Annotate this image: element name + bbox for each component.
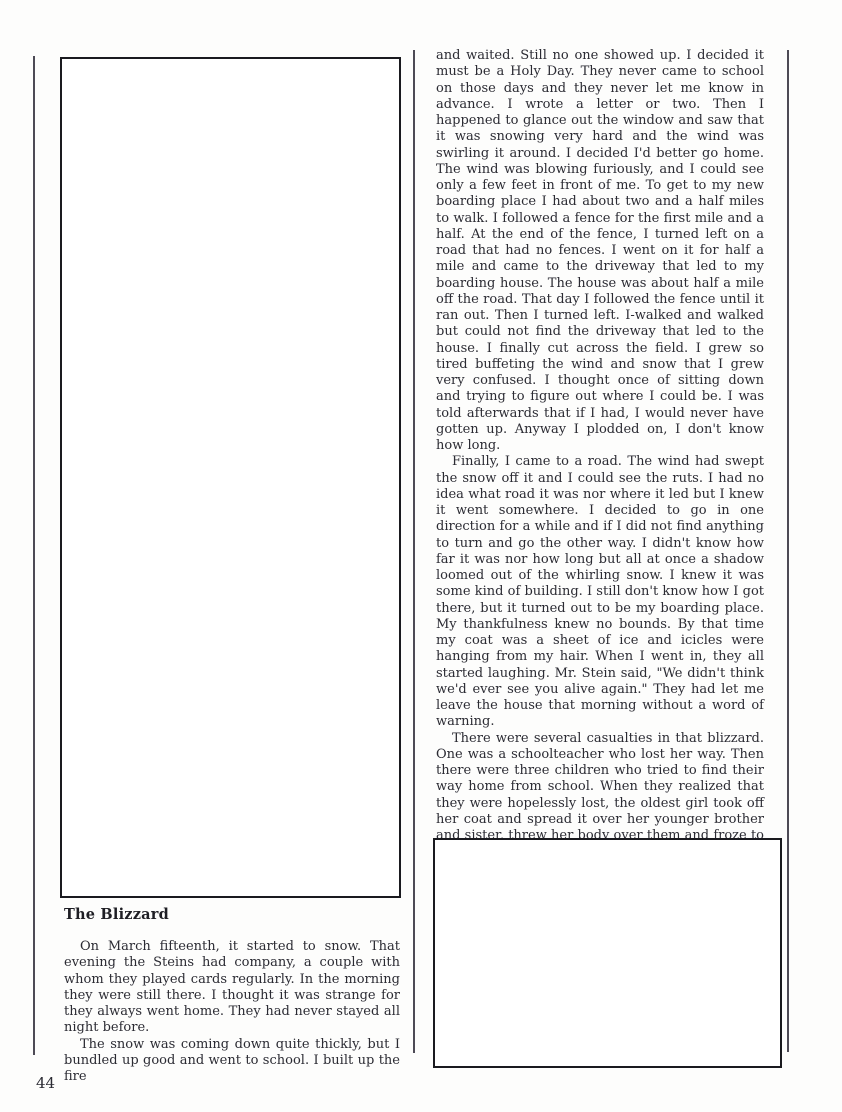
paragraph: Finally, I came to a road. The wind had … — [436, 454, 764, 730]
story-heading: The Blizzard — [64, 906, 400, 924]
paragraph-continuation: and waited. Still no one showed up. I de… — [436, 48, 764, 454]
paragraph: The snow was coming down quite thickly, … — [64, 1037, 400, 1086]
illustration-placeholder-top — [60, 57, 401, 898]
left-margin-rule — [33, 56, 35, 1055]
illustration-placeholder-bottom — [433, 838, 782, 1068]
right-margin-rule — [787, 50, 789, 1052]
book-page: and waited. Still no one showed up. I de… — [0, 0, 842, 1112]
paragraph: On March fifteenth, it started to snow. … — [64, 939, 400, 1037]
page-number: 44 — [36, 1074, 55, 1092]
column-gutter-rule — [413, 50, 415, 1053]
right-column: and waited. Still no one showed up. I de… — [436, 48, 764, 926]
left-column: The Blizzard On March fifteenth, it star… — [64, 906, 400, 1085]
